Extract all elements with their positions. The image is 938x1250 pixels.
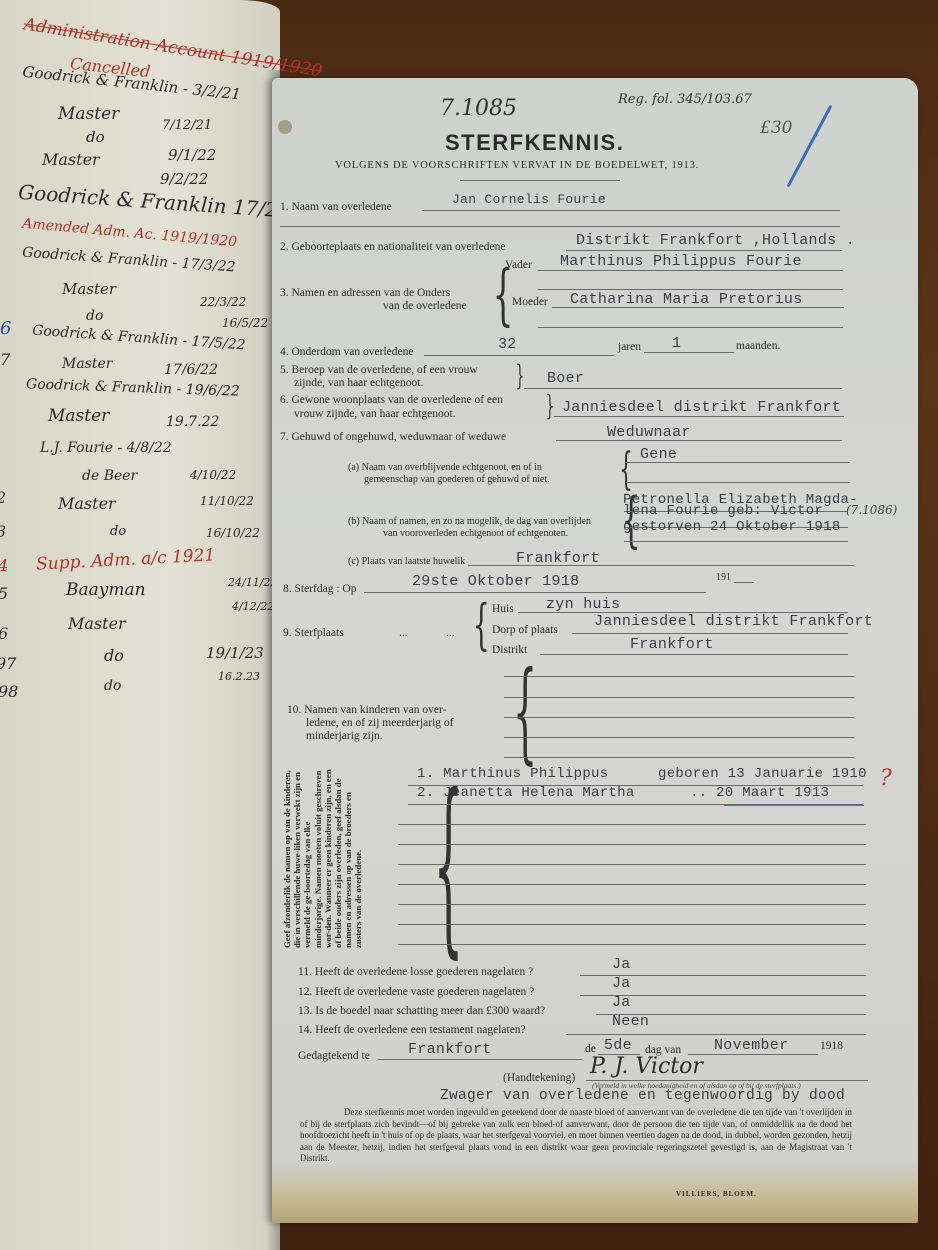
q14-value[interactable]: Neen (612, 1013, 649, 1030)
q4-label: 4. Onderdom van overledene (280, 346, 413, 358)
q4-months-label: maanden. (736, 340, 780, 352)
q3-label-2: van de overledene (383, 300, 467, 312)
q4-years[interactable]: 32 (498, 336, 517, 353)
q7b-value-2[interactable]: lena Fourie geb: Victor (623, 503, 823, 519)
margin-number: 5 (0, 584, 8, 603)
ledger-entry: Amended Adm. Ac. 1919/1920 (22, 216, 238, 251)
q7a-label: (a) Naam van overblijvende echtgenoot, e… (348, 462, 542, 473)
ledger-entry: Master (62, 356, 112, 372)
q2-value[interactable]: Distrikt Frankfort ,Hollands . (576, 232, 855, 249)
q10-label-2: ledene, en of zij meerderjarig of (306, 717, 454, 729)
register-reference: Reg. fol. 345/103.67 (618, 92, 752, 107)
ledger-entry: de Beer (82, 468, 137, 484)
q7-label: 7. Gehuwd of ongehuwd, weduwnaar of wedu… (280, 431, 506, 443)
margin-number: 98 (0, 682, 18, 701)
ledger-entry: 19/1/23 (206, 644, 264, 662)
q12-label: 12. Heeft de overledene vaste goederen n… (298, 986, 534, 998)
signature[interactable]: P. J. Victor (590, 1054, 703, 1079)
margin-number: 2 (0, 488, 6, 507)
ledger-entry: 4/12/22 (232, 600, 274, 613)
ledger-entry: do (110, 524, 126, 539)
paper-stain (272, 1163, 918, 1223)
dorp-value[interactable]: Janniesdeel distrikt Frankfort (594, 613, 873, 630)
q7c-value[interactable]: Frankfort (516, 550, 600, 567)
q8-label: 8. Sterfdag : Op (283, 583, 356, 595)
file-number: 7.1085 (440, 96, 517, 121)
red-query-mark: ? (880, 766, 892, 791)
ledger-entry: Master (48, 406, 109, 426)
dorp-label: Dorp of plaats (492, 624, 558, 636)
q3-label: 3. Namen en adressen van de Onders (280, 287, 450, 299)
child-1-name[interactable]: 1. Marthinus Philippus (417, 766, 608, 782)
printer-mark: VILLIERS, BLOEM. (676, 1190, 757, 1198)
ledger-entry: Master (58, 494, 116, 513)
ledger-entry: 19.7.22 (166, 414, 219, 430)
ledger-entry: Goodrick & Franklin - 17/5/22 (32, 323, 246, 354)
q4-years-label: jaren (618, 341, 641, 353)
q5-label: 5. Beroep van de overledene, of een vrou… (280, 364, 478, 376)
ledger-entry: 16.2.23 (218, 670, 260, 683)
ledger-entry: do (104, 678, 121, 694)
q7b-value-3[interactable]: gestorven 24 Oktober 1918 (623, 519, 841, 535)
ledger-entry: 9/1/22 (168, 146, 216, 164)
q6-label-2: vrouw zijnde, van haar echtgenoot. (294, 408, 456, 420)
ledger-entry: Master (42, 150, 100, 169)
mother-value[interactable]: Catharina Maria Pretorius (570, 291, 803, 308)
ledger-entry: Master (58, 104, 119, 124)
q8-year-prefix: 191 (716, 572, 731, 583)
ledger-entry: L.J. Fourie - 4/8/22 (40, 440, 172, 456)
day-value[interactable]: 5de (604, 1037, 632, 1054)
distrikt-value[interactable]: Frankfort (630, 636, 714, 653)
q7b-annotation: (7.1086) (846, 503, 897, 517)
title-rule (460, 180, 620, 181)
q12-value[interactable]: Ja (612, 975, 631, 992)
q6-value[interactable]: Janniesdeel distrikt Frankfort (562, 399, 841, 416)
form-subtitle: VOLGENS DE VOORSCHRIFTEN VERVAT IN DE BO… (335, 160, 699, 171)
ledger-entry: do (104, 646, 124, 665)
ledger-entry: Master (68, 614, 126, 633)
q9-label: 9. Sterfplaats (283, 627, 344, 639)
q7b-label: (b) Naam of namen, en zo na mogelik, de … (348, 516, 591, 527)
q11-value[interactable]: Ja (612, 956, 631, 973)
ledger-entry: 16/10/22 (206, 526, 260, 540)
ledger-entry: 24/11/22 (228, 576, 277, 589)
margin-number: 6 (0, 318, 11, 339)
child-1-born[interactable]: geboren 13 Januarie 1910 (658, 766, 867, 782)
punch-hole (278, 120, 292, 134)
ledger-entry: 7/12/21 (162, 118, 212, 133)
q7a-value[interactable]: Gene (640, 446, 677, 463)
margin-number: 3 (0, 522, 6, 541)
signature-label: (Handtekening) (503, 1072, 575, 1084)
ledger-entry: do (86, 128, 105, 146)
father-value[interactable]: Marthinus Philippus Fourie (560, 253, 802, 270)
red-underline (724, 805, 864, 806)
year-value: 1918 (820, 1040, 843, 1052)
mother-label: Moeder (512, 296, 548, 308)
capacity-value[interactable]: Zwager van overledene en tegenwoordig by… (440, 1088, 845, 1104)
brace: { (493, 262, 514, 328)
q5-value[interactable]: Boer (547, 370, 584, 387)
ledger-entry: 22/3/22 (200, 295, 246, 309)
form-title: STERFKENNIS. (445, 130, 624, 156)
margin-number: 6 (0, 624, 8, 643)
child-2-name[interactable]: 2. Jeanetta Helena Martha (417, 785, 635, 801)
signed-at-value[interactable]: Frankfort (408, 1041, 492, 1058)
ledger-entry: 11/10/22 (200, 494, 254, 508)
q1-label: 1. Naam van overledene (280, 201, 392, 213)
margin-number: 97 (0, 654, 16, 673)
q10-label-3: minderjarig zijn. (306, 730, 383, 742)
ledger-entry: Master (62, 280, 116, 298)
ledger-entry: 9/2/22 (160, 170, 208, 188)
signed-at-label: Gedagtekend te (298, 1050, 370, 1062)
q10-label: 10. Namen van kinderen van over- (287, 704, 446, 716)
q7-value[interactable]: Weduwnaar (607, 424, 691, 441)
instructions-footnote: Deze sterfkennis moet worden ingevuld en… (300, 1107, 852, 1165)
father-label: Vader (505, 259, 532, 271)
month-value[interactable]: November (714, 1037, 788, 1054)
children-instructions: Geef afzonderlik de namen op van de kind… (282, 768, 382, 948)
child-2-born[interactable]: .. 20 Maart 1913 (690, 785, 829, 801)
q5-label-2: zijnde, van haar echtgenoot. (294, 377, 423, 389)
huis-label: Huis (492, 603, 514, 615)
ledger-entry: 16/5/22 (222, 316, 268, 330)
q2-label: 2. Geboorteplaats en nationaliteit van o… (280, 241, 505, 253)
q8-value[interactable]: 29ste Oktober 1918 (412, 573, 579, 590)
q11-label: 11. Heeft de overledene losse goederen n… (298, 966, 533, 978)
ledger-entry: do (86, 308, 103, 324)
ledger-entry: 4/10/22 (190, 468, 236, 482)
q6-label: 6. Gewone woonplaats van de overledene o… (280, 394, 503, 406)
q7c-label: (c) Plaats van laatste huwelik (348, 556, 465, 567)
q7b-label-2: van vooroverleden echtgenoot of echtgeno… (383, 528, 568, 539)
q4-months[interactable]: 1 (672, 335, 681, 352)
q1-value[interactable]: Jan Cornelis Fourie (452, 192, 606, 207)
ledger-entry: Goodrick & Franklin - 19/6/22 (26, 376, 240, 399)
margin-number: 7 (0, 350, 10, 369)
q14-label: 14. Heeft de overledene een testament na… (298, 1024, 526, 1036)
stamp-mark: £30 (760, 118, 792, 138)
ledger-entry: Goodrick & Franklin - 17/3/22 (22, 245, 236, 276)
ledger-entry: Supp. Adm. a/c 1921 (36, 545, 216, 574)
margin-number: 4 (0, 556, 8, 575)
q13-label: 13. Is de boedel naar schatting meer dan… (298, 1005, 545, 1017)
ledger-entry: 17/6/22 (164, 362, 218, 378)
huis-value[interactable]: zyn huis (546, 596, 620, 613)
ledger-entry: Baayman (66, 580, 146, 600)
q13-value[interactable]: Ja (612, 994, 631, 1011)
left-ledger-page: Administration Account 1919/1920 Cancell… (0, 0, 280, 1250)
q7a-label-2: gemeenschap van goederen of gehuwd of ni… (364, 474, 550, 485)
